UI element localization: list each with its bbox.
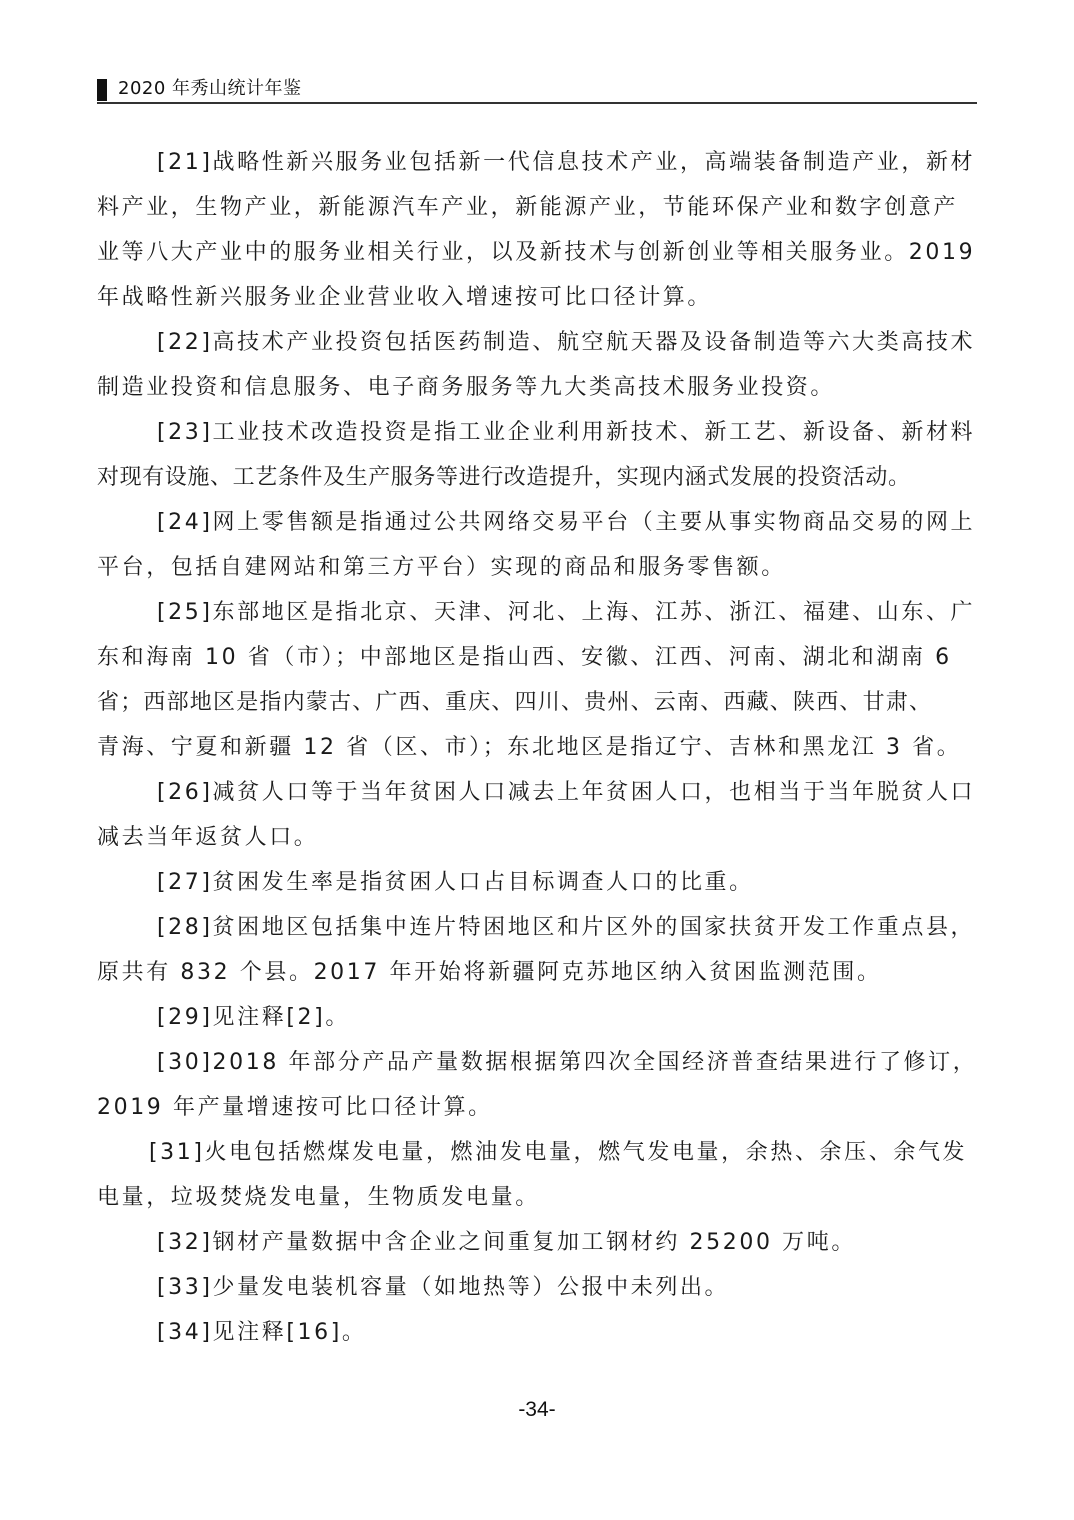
- note-line: [26]减贫人口等于当年贫困人口减去上年贫困人口，也相当于当年脱贫人口: [97, 770, 977, 815]
- note-line: 业等八大产业中的服务业相关行业，以及新技术与创新创业等相关服务业。2019: [97, 230, 977, 275]
- note-line: [23]工业技术改造投资是指工业企业利用新技术、新工艺、新设备、新材料: [97, 410, 977, 455]
- note-line: 减去当年返贫人口。: [97, 815, 977, 860]
- note-line: [33]少量发电装机容量（如地热等）公报中未列出。: [97, 1265, 977, 1310]
- note-30: [30]2018 年部分产品产量数据根据第四次全国经济普查结果进行了修订， 20…: [97, 1040, 977, 1130]
- note-24: [24]网上零售额是指通过公共网络交易平台（主要从事实物商品交易的网上 平台，包…: [97, 500, 977, 590]
- note-line: [31]火电包括燃煤发电量，燃油发电量，燃气发电量，余热、余压、余气发: [97, 1130, 977, 1175]
- notes-body: [21]战略性新兴服务业包括新一代信息技术产业，高端装备制造产业，新材 料产业，…: [97, 140, 977, 1355]
- note-line: 年战略性新兴服务业企业营业收入增速按可比口径计算。: [97, 275, 977, 320]
- note-26: [26]减贫人口等于当年贫困人口减去上年贫困人口，也相当于当年脱贫人口 减去当年…: [97, 770, 977, 860]
- note-28: [28]贫困地区包括集中连片特困地区和片区外的国家扶贫开发工作重点县， 原共有 …: [97, 905, 977, 995]
- note-line: [32]钢材产量数据中含企业之间重复加工钢材约 25200 万吨。: [97, 1220, 977, 1265]
- page-number: -34-: [0, 1398, 1074, 1422]
- note-31: [31]火电包括燃煤发电量，燃油发电量，燃气发电量，余热、余压、余气发 电量，垃…: [97, 1130, 977, 1220]
- note-23: [23]工业技术改造投资是指工业企业利用新技术、新工艺、新设备、新材料 对现有设…: [97, 410, 977, 500]
- note-line: 对现有设施、工艺条件及生产服务等进行改造提升，实现内涵式发展的投资活动。: [97, 455, 977, 500]
- note-line: 2019 年产量增速按可比口径计算。: [97, 1085, 977, 1130]
- note-line: 电量，垃圾焚烧发电量，生物质发电量。: [97, 1175, 977, 1220]
- note-25: [25]东部地区是指北京、天津、河北、上海、江苏、浙江、福建、山东、广 东和海南…: [97, 590, 977, 770]
- note-line: [28]贫困地区包括集中连片特困地区和片区外的国家扶贫开发工作重点县，: [97, 905, 977, 950]
- note-line: 平台，包括自建网站和第三方平台）实现的商品和服务零售额。: [97, 545, 977, 590]
- note-line: [34]见注释[16]。: [97, 1310, 977, 1355]
- note-line: [30]2018 年部分产品产量数据根据第四次全国经济普查结果进行了修订，: [97, 1040, 977, 1085]
- note-34: [34]见注释[16]。: [97, 1310, 977, 1355]
- note-line: 青海、宁夏和新疆 12 省（区、市）；东北地区是指辽宁、吉林和黑龙江 3 省。: [97, 725, 977, 770]
- running-header: 2020 年秀山统计年鉴: [97, 77, 977, 103]
- note-line: 东和海南 10 省（市）；中部地区是指山西、安徽、江西、河南、湖北和湖南 6: [97, 635, 977, 680]
- note-line: [29]见注释[2]。: [97, 995, 977, 1040]
- note-line: 制造业投资和信息服务、电子商务服务等九大类高技术服务业投资。: [97, 365, 977, 410]
- note-line: [27]贫困发生率是指贫困人口占目标调查人口的比重。: [97, 860, 977, 905]
- note-line: 原共有 832 个县。2017 年开始将新疆阿克苏地区纳入贫困监测范围。: [97, 950, 977, 995]
- note-line: [25]东部地区是指北京、天津、河北、上海、江苏、浙江、福建、山东、广: [97, 590, 977, 635]
- note-line: 料产业，生物产业，新能源汽车产业，新能源产业，节能环保产业和数字创意产: [97, 185, 977, 230]
- yearbook-title: 2020 年秀山统计年鉴: [118, 77, 302, 101]
- note-line: [24]网上零售额是指通过公共网络交易平台（主要从事实物商品交易的网上: [97, 500, 977, 545]
- note-line: [22]高技术产业投资包括医药制造、航空航天器及设备制造等六大类高技术: [97, 320, 977, 365]
- note-22: [22]高技术产业投资包括医药制造、航空航天器及设备制造等六大类高技术 制造业投…: [97, 320, 977, 410]
- header-divider: [97, 102, 977, 104]
- note-27: [27]贫困发生率是指贫困人口占目标调查人口的比重。: [97, 860, 977, 905]
- note-33: [33]少量发电装机容量（如地热等）公报中未列出。: [97, 1265, 977, 1310]
- note-32: [32]钢材产量数据中含企业之间重复加工钢材约 25200 万吨。: [97, 1220, 977, 1265]
- header-marker-block: [97, 79, 107, 101]
- note-21: [21]战略性新兴服务业包括新一代信息技术产业，高端装备制造产业，新材 料产业，…: [97, 140, 977, 320]
- note-line: [21]战略性新兴服务业包括新一代信息技术产业，高端装备制造产业，新材: [97, 140, 977, 185]
- note-29: [29]见注释[2]。: [97, 995, 977, 1040]
- note-line: 省；西部地区是指内蒙古、广西、重庆、四川、贵州、云南、西藏、陕西、甘肃、: [97, 680, 977, 725]
